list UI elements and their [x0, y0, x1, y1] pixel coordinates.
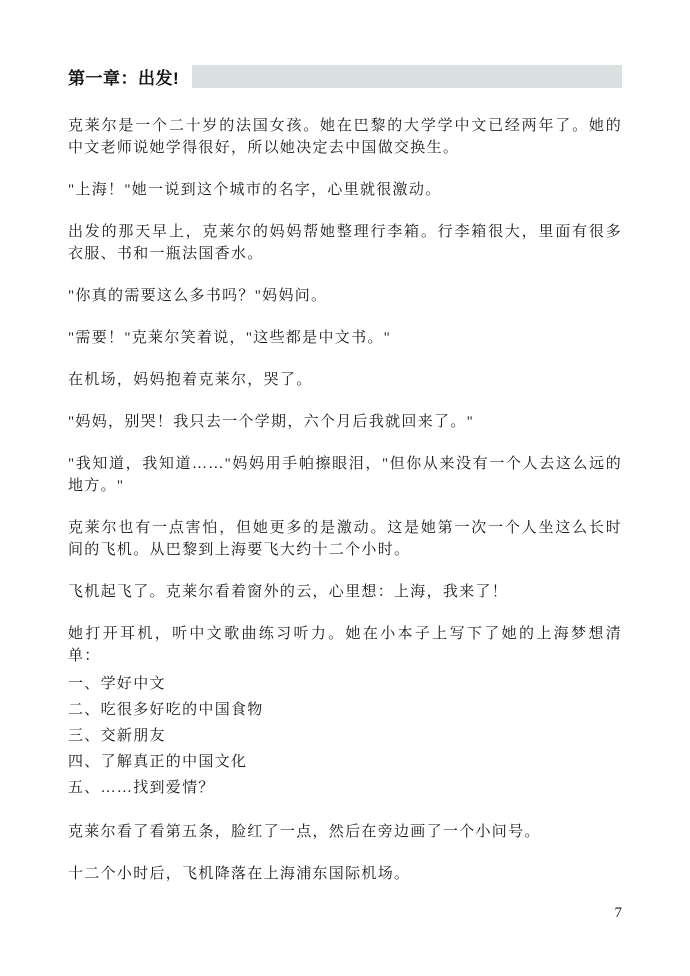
page-content: 第一章：出发! 克莱尔是一个二十岁的法国女孩。她在巴黎的大学学中文已经两年了。她…	[68, 64, 622, 905]
dream-list-item: 二、吃很多好吃的中国食物	[68, 697, 622, 723]
story-text: 克莱尔是一个二十岁的法国女孩。她在巴黎的大学学中文已经两年了。她的中文老师说她学…	[68, 115, 622, 885]
paragraph: 飞机起飞了。克莱尔看着窗外的云，心里想：上海，我来了！	[68, 581, 622, 603]
dream-list-item: 四、了解真正的中国文化	[68, 749, 622, 775]
dream-list: 一、学好中文 二、吃很多好吃的中国食物 三、交新朋友 四、了解真正的中国文化 五…	[68, 671, 622, 801]
chapter-title: 第一章：出发!	[68, 64, 179, 89]
paragraph: "上海！"她一说到这个城市的名字，心里就很激动。	[68, 179, 622, 201]
paragraph: "我知道，我知道……"妈妈用手帕擦眼泪，"但你从来没有一个人去这么远的地方。"	[68, 453, 622, 497]
paragraph: 在机场，妈妈抱着克莱尔，哭了。	[68, 369, 622, 391]
dream-list-block: 她打开耳机，听中文歌曲练习听力。她在小本子上写下了她的上海梦想清单： 一、学好中…	[68, 623, 622, 801]
dream-list-item: 五、……找到爱情？	[68, 775, 622, 801]
paragraph: "妈妈，别哭！我只去一个学期，六个月后我就回来了。"	[68, 411, 622, 433]
paragraph: 出发的那天早上，克莱尔的妈妈帮她整理行李箱。行李箱很大，里面有很多衣服、书和一瓶…	[68, 221, 622, 265]
title-accent-bar	[192, 65, 622, 88]
paragraph: 十二个小时后，飞机降落在上海浦东国际机场。	[68, 863, 622, 885]
paragraph: 克莱尔看了看第五条，脸红了一点，然后在旁边画了一个小问号。	[68, 821, 622, 843]
dream-list-item: 三、交新朋友	[68, 723, 622, 749]
chapter-heading-row: 第一章：出发!	[68, 64, 622, 89]
dream-list-item: 一、学好中文	[68, 671, 622, 697]
paragraph: 克莱尔也有一点害怕，但她更多的是激动。这是她第一次一个人坐这么长时间的飞机。从巴…	[68, 517, 622, 561]
paragraph: 克莱尔是一个二十岁的法国女孩。她在巴黎的大学学中文已经两年了。她的中文老师说她学…	[68, 115, 622, 159]
document-page: 第一章：出发! 克莱尔是一个二十岁的法国女孩。她在巴黎的大学学中文已经两年了。她…	[0, 0, 690, 976]
page-number: 7	[615, 905, 623, 922]
paragraph: "你真的需要这么多书吗？"妈妈问。	[68, 285, 622, 307]
paragraph: "需要！"克莱尔笑着说，"这些都是中文书。"	[68, 327, 622, 349]
dream-list-intro: 她打开耳机，听中文歌曲练习听力。她在小本子上写下了她的上海梦想清单：	[68, 623, 622, 667]
